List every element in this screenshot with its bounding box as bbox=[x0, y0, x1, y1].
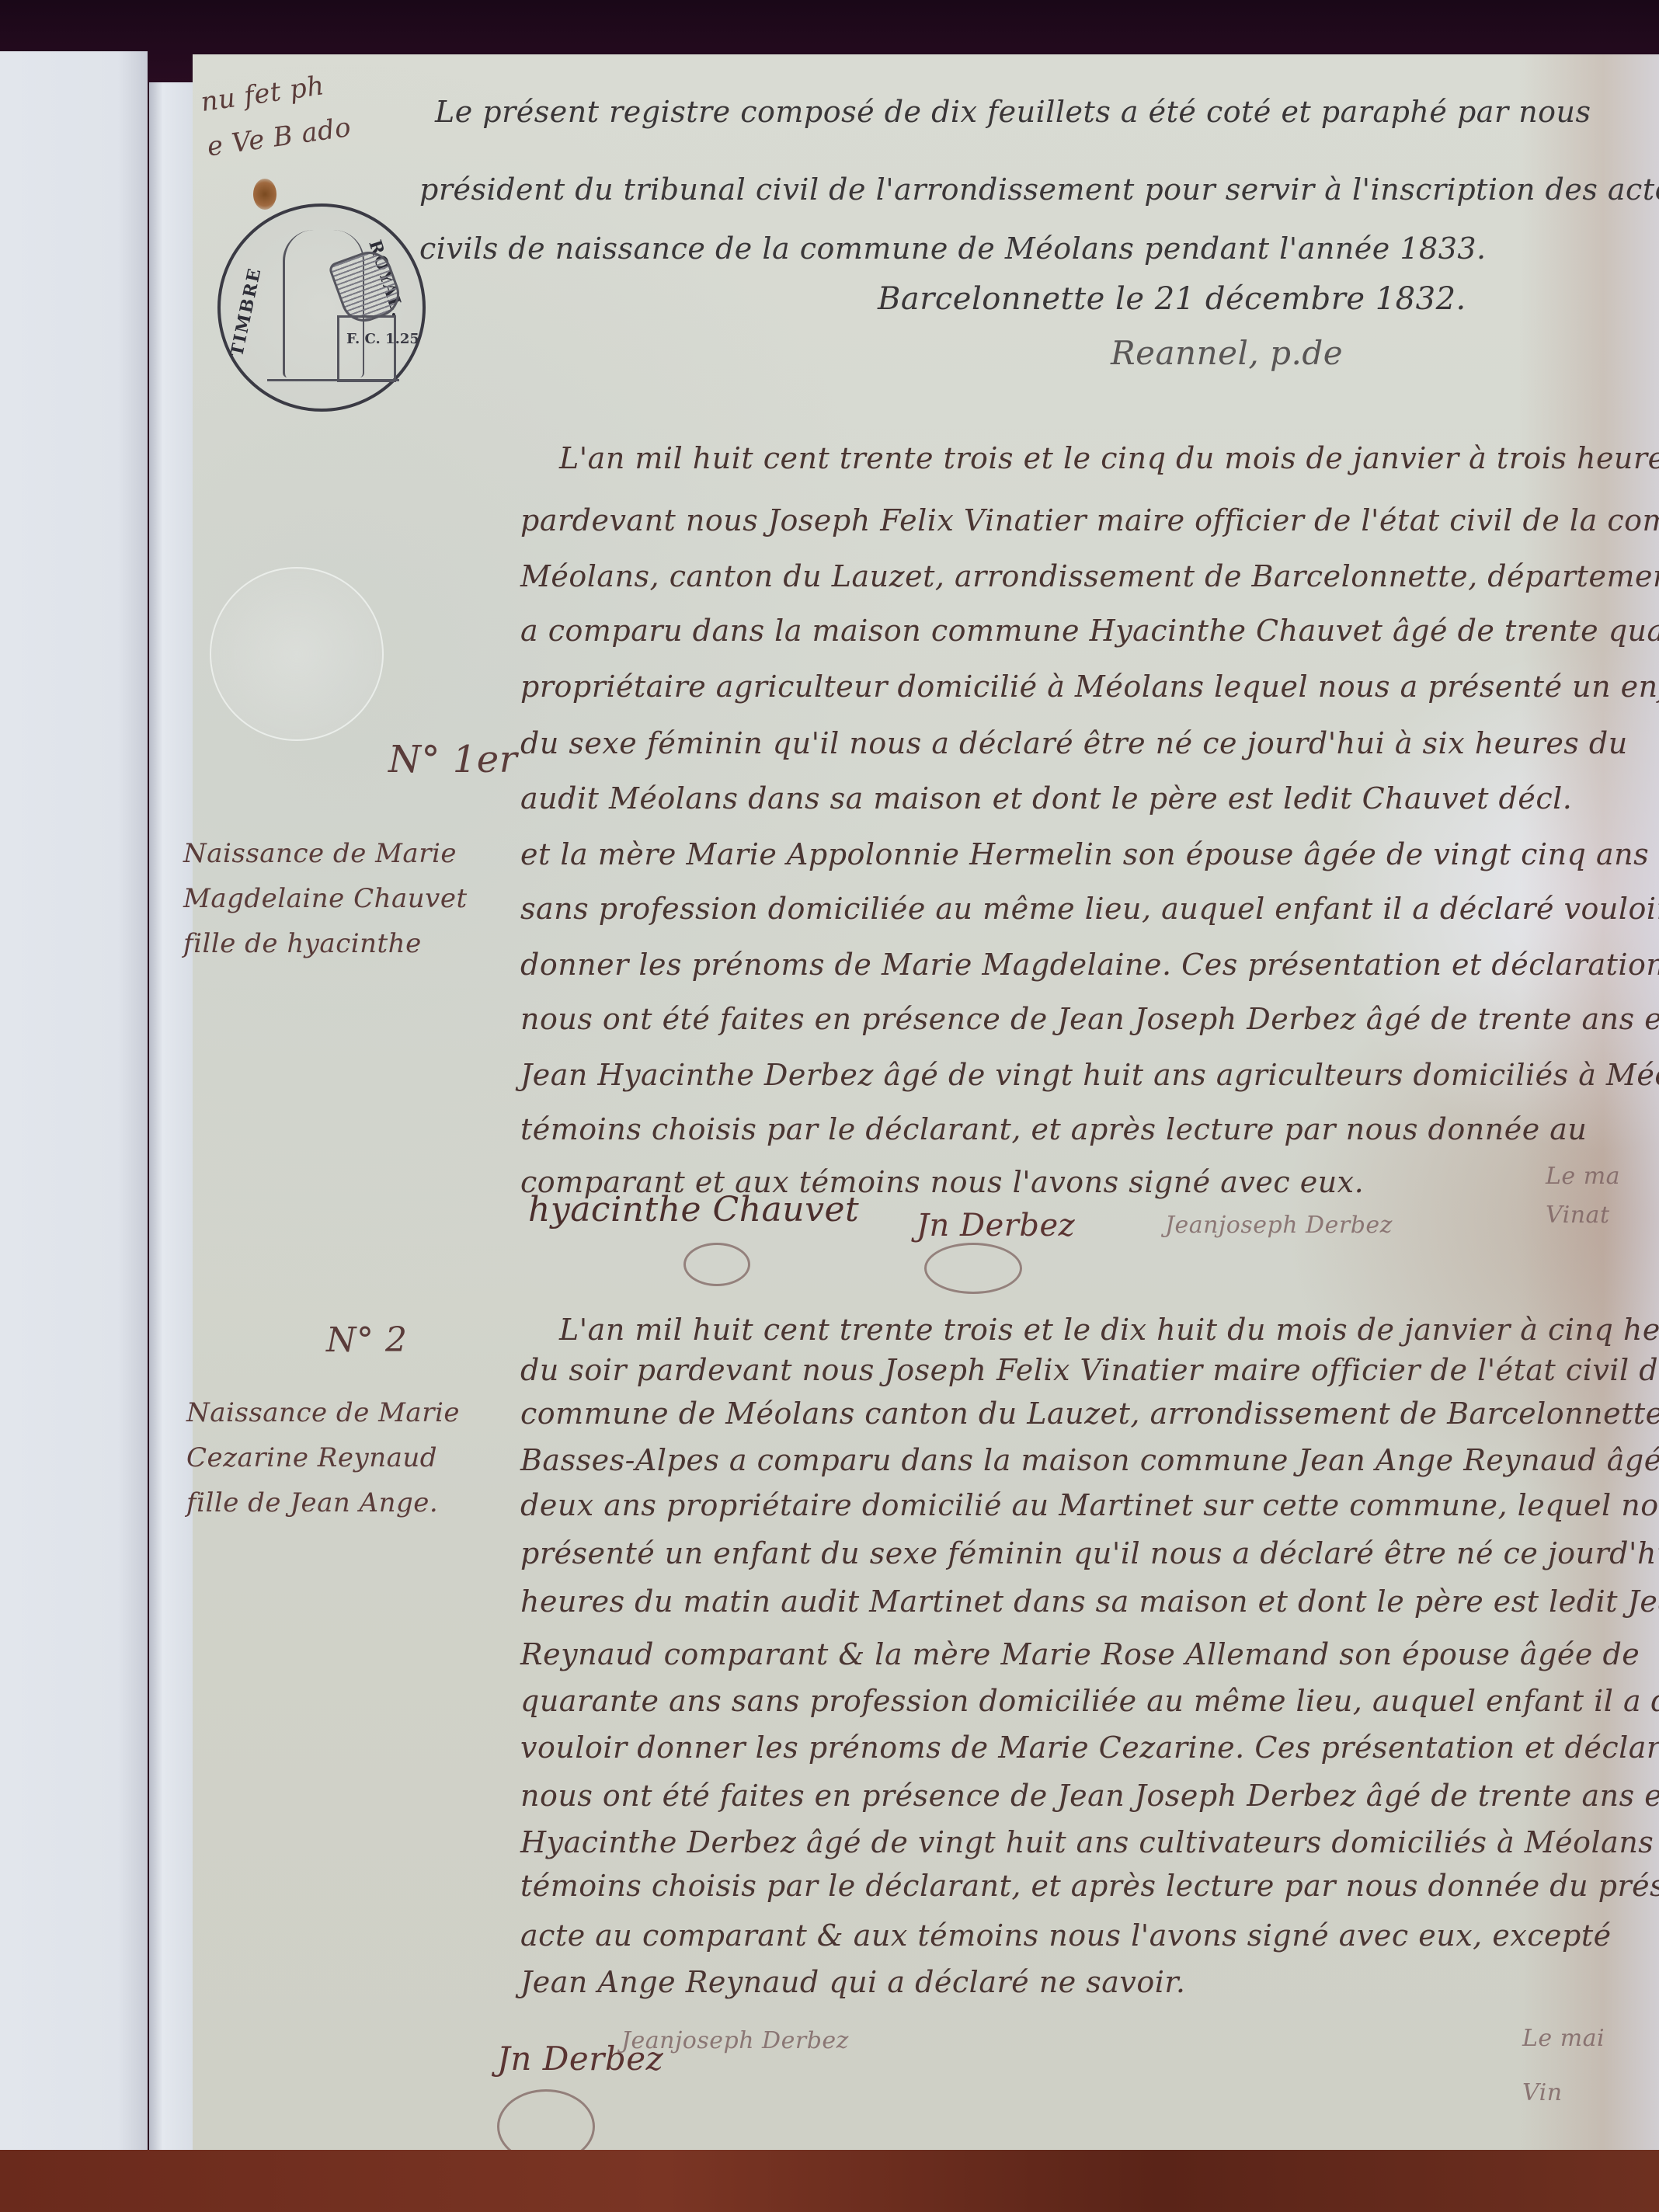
header-place-date: Barcelonnette le 21 décembre 1832. bbox=[878, 281, 1466, 317]
page-edge bbox=[149, 82, 194, 2164]
entry-number: N° 1er bbox=[388, 738, 517, 781]
margin-title-line: Naissance de Marie bbox=[186, 1390, 460, 1435]
mayor-note: Le mai Vin bbox=[1522, 2012, 1605, 2120]
entry-margin-title: Naissance de Marie Magdelaine Chauvet fi… bbox=[183, 831, 468, 966]
stamp-left-text: TIMBRE bbox=[227, 266, 266, 359]
margin-title-line: Cezarine Reynaud bbox=[186, 1435, 460, 1480]
entry-line: deux ans propriétaire domicilié au Marti… bbox=[520, 1488, 1659, 1522]
header-line: Le présent registre composé de dix feuil… bbox=[435, 95, 1591, 129]
entry-line: quarante ans sans profession domiciliée … bbox=[520, 1684, 1659, 1718]
entry-line: commune de Méolans canton du Lauzet, arr… bbox=[520, 1396, 1659, 1431]
entry-line: donner les prénoms de Marie Magdelaine. … bbox=[520, 948, 1659, 982]
entry-number: N° 2 bbox=[326, 1320, 407, 1360]
stamp-pedestal-icon bbox=[337, 315, 396, 382]
signature-witness-2: Jeanjoseph Derbez bbox=[1165, 1212, 1393, 1239]
entry-line: témoins choisis par le déclarant, et apr… bbox=[520, 1869, 1659, 1903]
entry-line: et la mère Marie Appolonnie Hermelin son… bbox=[520, 837, 1649, 871]
background-cloth-bottom bbox=[0, 2150, 1659, 2212]
signature-father: hyacinthe Chauvet bbox=[528, 1190, 859, 1229]
mayor-note-line: Le mai bbox=[1522, 2012, 1605, 2066]
signature-flourish bbox=[924, 1243, 1022, 1294]
entry-line: présenté un enfant du sexe féminin qu'il… bbox=[520, 1536, 1659, 1570]
entry-line: témoins choisis par le déclarant, et apr… bbox=[520, 1112, 1587, 1146]
entry-line: du soir pardevant nous Joseph Felix Vina… bbox=[520, 1353, 1659, 1387]
entry-line: Jean Ange Reynaud qui a déclaré ne savoi… bbox=[520, 1965, 1185, 1999]
entry-line: propriétaire agriculteur domicilié à Méo… bbox=[520, 670, 1659, 704]
entry-margin-title: Naissance de Marie Cezarine Reynaud fill… bbox=[186, 1390, 460, 1525]
header-line: président du tribunal civil de l'arrondi… bbox=[419, 172, 1659, 207]
mayor-note: Le ma Vinat bbox=[1546, 1157, 1620, 1235]
signature-witness-1: Jn Derbez bbox=[916, 1208, 1075, 1243]
facing-blank-page bbox=[0, 51, 148, 2164]
entry-line: L'an mil huit cent trente trois et le di… bbox=[559, 1313, 1659, 1347]
margin-title-line: Magdelaine Chauvet bbox=[183, 876, 468, 921]
entry-line: nous ont été faites en présence de Jean … bbox=[520, 1779, 1659, 1813]
entry-line: nous ont été faites en présence de Jean … bbox=[520, 1002, 1659, 1036]
entry-line: Hyacinthe Derbez âgé de vingt huit ans c… bbox=[520, 1825, 1654, 1859]
entry-line: Basses-Alpes a comparu dans la maison co… bbox=[520, 1443, 1659, 1477]
mayor-note-line: Vin bbox=[1522, 2066, 1605, 2120]
entry-line: vouloir donner les prénoms de Marie Ceza… bbox=[520, 1730, 1659, 1765]
margin-title-line: fille de Jean Ange. bbox=[186, 1480, 460, 1525]
entry-line: du sexe féminin qu'il nous a déclaré êtr… bbox=[520, 726, 1628, 760]
mayor-note-line: Le ma bbox=[1546, 1157, 1620, 1196]
timbre-royal-stamp: TIMBRE ROYAL. F. C. 1.25 bbox=[217, 203, 426, 412]
entry-line: Jean Hyacinthe Derbez âgé de vingt huit … bbox=[520, 1058, 1659, 1092]
mayor-note-line: Vinat bbox=[1546, 1196, 1620, 1235]
ink-stain bbox=[253, 179, 276, 210]
margin-title-line: fille de hyacinthe bbox=[183, 921, 468, 966]
entry-line: sans profession domiciliée au même lieu,… bbox=[520, 892, 1659, 926]
entry-line: Reynaud comparant & la mère Marie Rose A… bbox=[520, 1637, 1640, 1671]
entry-line: heures du matin audit Martinet dans sa m… bbox=[520, 1584, 1659, 1619]
entry-line: audit Méolans dans sa maison et dont le … bbox=[520, 781, 1572, 816]
embossed-seal bbox=[210, 567, 384, 741]
entry-line: pardevant nous Joseph Felix Vinatier mai… bbox=[520, 503, 1659, 537]
section-flourish bbox=[683, 1243, 750, 1286]
entry-line: Méolans, canton du Lauzet, arrondissemen… bbox=[520, 559, 1659, 593]
entry-line: acte au comparant & aux témoins nous l'a… bbox=[520, 1918, 1612, 1953]
stamp-value: F. C. 1.25 bbox=[346, 331, 419, 347]
header-line: civils de naissance de la commune de Méo… bbox=[419, 231, 1487, 266]
margin-title-line: Naissance de Marie bbox=[183, 831, 468, 876]
entry-line: L'an mil huit cent trente trois et le ci… bbox=[559, 441, 1659, 475]
header-signature: Reannel, p.de bbox=[1111, 334, 1343, 372]
entry-line: a comparu dans la maison commune Hyacint… bbox=[520, 614, 1659, 648]
signature-witness-2: Jeanjoseph Derbez bbox=[621, 2027, 849, 2054]
stamp-base bbox=[267, 379, 399, 381]
